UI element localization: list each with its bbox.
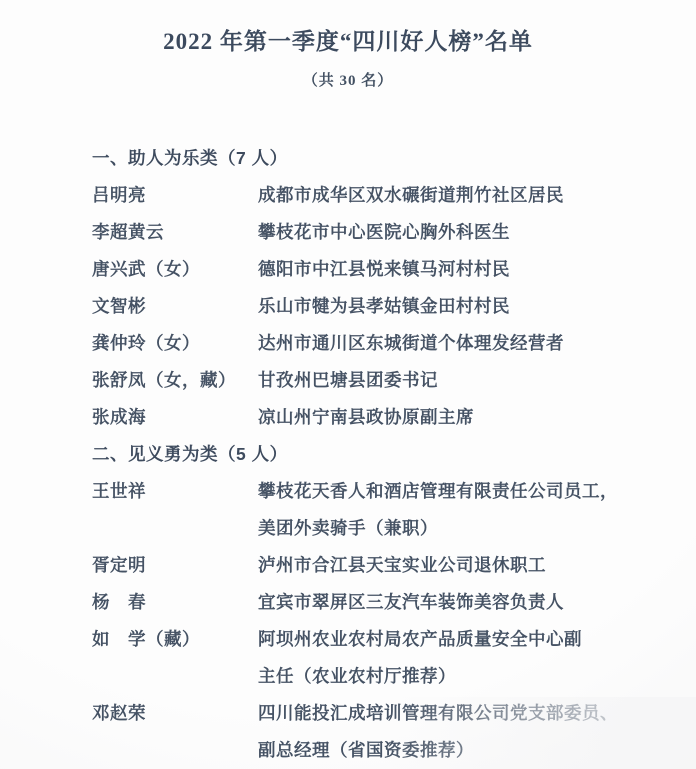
entry-description: 甘孜州巴塘县团委书记 xyxy=(258,362,636,399)
entry-description-line: 德阳市中江县悦来镇马河村村民 xyxy=(258,251,636,288)
list-entry: 邓赵荣四川能投汇成培训管理有限公司党支部委员、副总经理（省国资委推荐） xyxy=(92,695,636,769)
list-entry: 张舒凤（女，藏）甘孜州巴塘县团委书记 xyxy=(92,362,636,399)
entry-name: 张舒凤（女，藏） xyxy=(92,362,258,399)
entry-description-line: 四川能投汇成培训管理有限公司党支部委员、 xyxy=(258,695,636,732)
sections: 一、助人为乐类（7 人）吕明亮成都市成华区双水碾街道荆竹社区居民李超黄云攀枝花市… xyxy=(92,140,636,769)
entry-description-line: 阿坝州农业农村局农产品质量安全中心副 xyxy=(258,621,636,658)
section: 一、助人为乐类（7 人）吕明亮成都市成华区双水碾街道荆竹社区居民李超黄云攀枝花市… xyxy=(92,140,636,436)
document-page: 2022 年第一季度“四川好人榜”名单 （共 30 名） 一、助人为乐类（7 人… xyxy=(0,0,696,769)
entry-description: 凉山州宁南县政协原副主席 xyxy=(258,399,636,436)
list-entry: 吕明亮成都市成华区双水碾街道荆竹社区居民 xyxy=(92,177,636,214)
entry-description-line: 达州市通川区东城街道个体理发经营者 xyxy=(258,325,636,362)
entry-description-line: 美团外卖骑手（兼职） xyxy=(258,510,636,547)
page-title: 2022 年第一季度“四川好人榜”名单 xyxy=(60,26,636,58)
list-entry: 如 学（藏）阿坝州农业农村局农产品质量安全中心副主任（农业农村厅推荐） xyxy=(92,621,636,695)
entry-name: 文智彬 xyxy=(92,288,258,325)
entry-name: 如 学（藏） xyxy=(92,621,258,658)
entry-description-line: 凉山州宁南县政协原副主席 xyxy=(258,399,636,436)
entry-description: 德阳市中江县悦来镇马河村村民 xyxy=(258,251,636,288)
list-entry: 杨 春宜宾市翠屏区三友汽车装饰美容负责人 xyxy=(92,584,636,621)
entry-description: 攀枝花市中心医院心胸外科医生 xyxy=(258,214,636,251)
list-entry: 唐兴武（女）德阳市中江县悦来镇马河村村民 xyxy=(92,251,636,288)
section-heading: 一、助人为乐类（7 人） xyxy=(92,140,636,177)
entry-description: 泸州市合江县天宝实业公司退休职工 xyxy=(258,547,636,584)
entry-description: 宜宾市翠屏区三友汽车装饰美容负责人 xyxy=(258,584,636,621)
list-entry: 李超黄云攀枝花市中心医院心胸外科医生 xyxy=(92,214,636,251)
list-entry: 胥定明泸州市合江县天宝实业公司退休职工 xyxy=(92,547,636,584)
entry-description: 成都市成华区双水碾街道荆竹社区居民 xyxy=(258,177,636,214)
entry-description-line: 成都市成华区双水碾街道荆竹社区居民 xyxy=(258,177,636,214)
entry-description-line: 攀枝花天香人和酒店管理有限责任公司员工， xyxy=(258,473,636,510)
section: 二、见义勇为类（5 人）王世祥攀枝花天香人和酒店管理有限责任公司员工，美团外卖骑… xyxy=(92,436,636,769)
entry-description-line: 甘孜州巴塘县团委书记 xyxy=(258,362,636,399)
entry-description-line: 泸州市合江县天宝实业公司退休职工 xyxy=(258,547,636,584)
entry-name: 张成海 xyxy=(92,399,258,436)
list-entry: 张成海凉山州宁南县政协原副主席 xyxy=(92,399,636,436)
entry-name: 杨 春 xyxy=(92,584,258,621)
entry-description-line: 副总经理（省国资委推荐） xyxy=(258,732,636,769)
entry-name: 邓赵荣 xyxy=(92,695,258,732)
list-entry: 王世祥攀枝花天香人和酒店管理有限责任公司员工，美团外卖骑手（兼职） xyxy=(92,473,636,547)
entry-description-line: 宜宾市翠屏区三友汽车装饰美容负责人 xyxy=(258,584,636,621)
entry-description: 四川能投汇成培训管理有限公司党支部委员、副总经理（省国资委推荐） xyxy=(258,695,636,769)
list-entry: 龚仲玲（女）达州市通川区东城街道个体理发经营者 xyxy=(92,325,636,362)
entry-description: 攀枝花天香人和酒店管理有限责任公司员工，美团外卖骑手（兼职） xyxy=(258,473,636,547)
entry-description-line: 攀枝花市中心医院心胸外科医生 xyxy=(258,214,636,251)
list-entry: 文智彬乐山市犍为县孝姑镇金田村村民 xyxy=(92,288,636,325)
entry-name: 龚仲玲（女） xyxy=(92,325,258,362)
entry-description: 阿坝州农业农村局农产品质量安全中心副主任（农业农村厅推荐） xyxy=(258,621,636,695)
entry-name: 王世祥 xyxy=(92,473,258,510)
entry-description-line: 主任（农业农村厅推荐） xyxy=(258,658,636,695)
section-heading: 二、见义勇为类（5 人） xyxy=(92,436,636,473)
entry-description: 达州市通川区东城街道个体理发经营者 xyxy=(258,325,636,362)
entry-description-line: 乐山市犍为县孝姑镇金田村村民 xyxy=(258,288,636,325)
entry-name: 唐兴武（女） xyxy=(92,251,258,288)
entry-name: 李超黄云 xyxy=(92,214,258,251)
entry-name: 胥定明 xyxy=(92,547,258,584)
entry-description: 乐山市犍为县孝姑镇金田村村民 xyxy=(258,288,636,325)
entry-name: 吕明亮 xyxy=(92,177,258,214)
page-subtitle: （共 30 名） xyxy=(60,70,636,92)
